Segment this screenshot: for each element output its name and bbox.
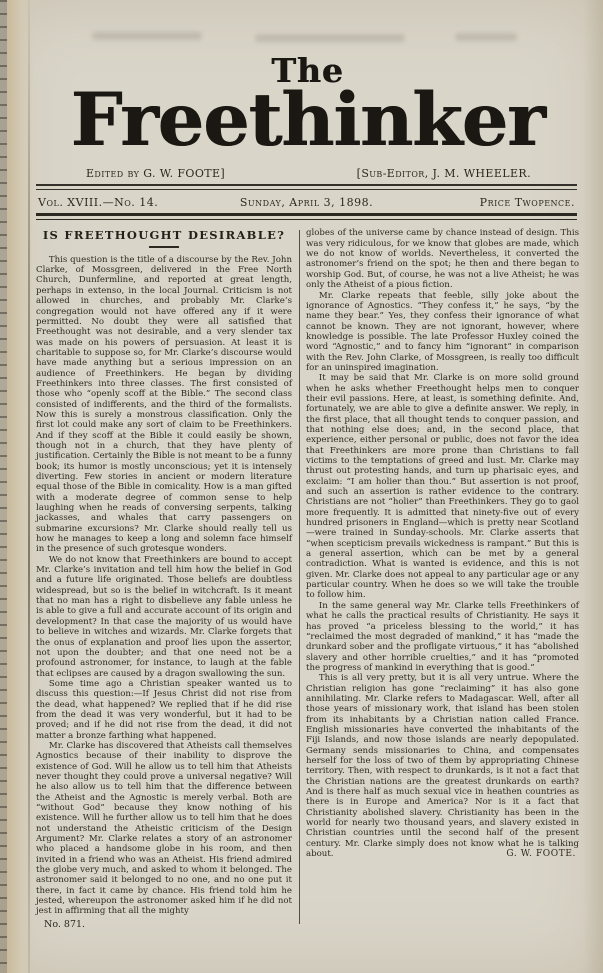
paragraph: Some time ago a Christian speaker wanted… bbox=[36, 679, 292, 741]
editor-row: Edited by G. W. FOOTE] [Sub-Editor, J. M… bbox=[86, 167, 531, 180]
column-divider bbox=[299, 230, 300, 924]
volume-number: Vol. XVIII.—No. 14. bbox=[38, 196, 201, 209]
ink-bleedthrough bbox=[92, 32, 202, 40]
article-signature: G. W. FOOTE. bbox=[306, 849, 579, 859]
newspaper-page: The Freethinker Edited by G. W. FOOTE] [… bbox=[0, 0, 603, 973]
double-rule-main bbox=[36, 213, 577, 220]
masthead: The Freethinker bbox=[36, 54, 579, 157]
page-content: The Freethinker Edited by G. W. FOOTE] [… bbox=[0, 54, 603, 930]
paragraph: It may be said that Mr. Clarke is on mor… bbox=[306, 373, 579, 601]
article-columns: IS FREETHOUGHT DESIRABLE? This question … bbox=[36, 228, 579, 930]
double-rule-top bbox=[36, 184, 577, 190]
left-column: IS FREETHOUGHT DESIRABLE? This question … bbox=[36, 228, 292, 930]
ink-bleedthrough bbox=[255, 34, 405, 42]
article-title: IS FREETHOUGHT DESIRABLE? bbox=[36, 230, 292, 240]
paragraph: globes of the universe came by chance in… bbox=[306, 228, 579, 290]
issue-number: No. 871. bbox=[36, 920, 292, 930]
title-rule bbox=[149, 246, 179, 248]
paragraph: In the same general way Mr. Clarke tells… bbox=[306, 601, 579, 673]
paragraph: This question is the title of a discours… bbox=[36, 255, 292, 555]
paragraph: Mr. Clarke has discovered that Atheists … bbox=[36, 741, 292, 917]
masthead-title: Freethinker bbox=[36, 83, 579, 157]
paragraph: We do not know that Freethinkers are bou… bbox=[36, 555, 292, 679]
ink-bleedthrough bbox=[455, 33, 517, 41]
dateline: Vol. XVIII.—No. 14. Sunday, April 3, 189… bbox=[38, 196, 575, 209]
sub-editor-credit: [Sub-Editor, J. M. WHEELER. bbox=[357, 167, 531, 180]
right-column: globes of the universe came by chance in… bbox=[306, 228, 579, 930]
issue-date: Sunday, April 3, 1898. bbox=[201, 196, 413, 209]
paragraph: This is all very pretty, but it is all v… bbox=[306, 673, 579, 859]
editor-credit: Edited by G. W. FOOTE] bbox=[86, 167, 225, 180]
price: Price Twopence. bbox=[412, 196, 575, 209]
paragraph: Mr. Clarke repeats that feeble, silly jo… bbox=[306, 291, 579, 374]
